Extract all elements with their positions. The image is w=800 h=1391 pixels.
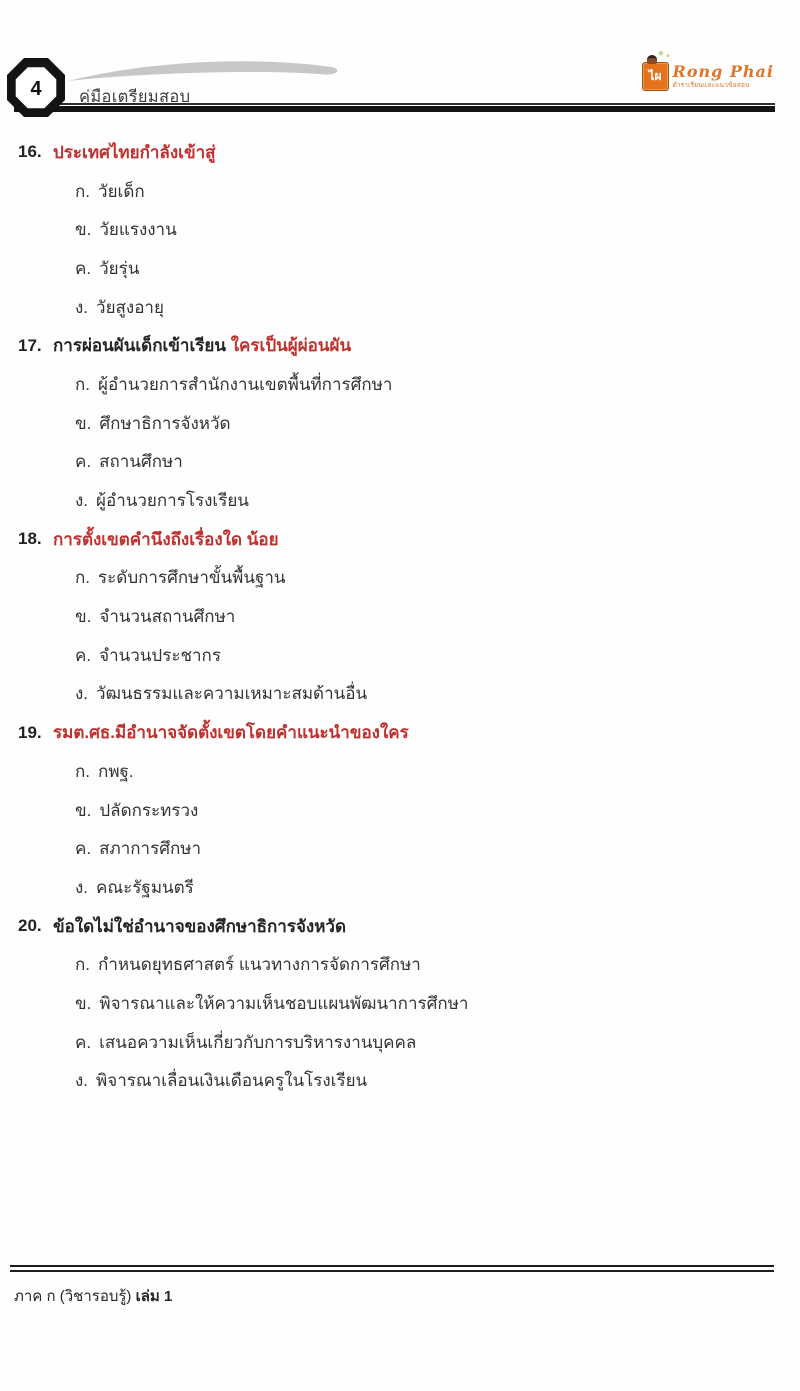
page-footer: ภาค ก (วิชารอบรู้) เล่ม 1	[10, 1265, 774, 1308]
question-17: 17. การผ่อนผันเด็กเข้าเรียน ใครเป็นผู้ผ่…	[18, 326, 790, 519]
answer-option: ง.วัฒนธรรมและความเหมาะสมด้านอื่น	[18, 675, 790, 714]
question-header: 16. ประเทศไทยกำลังเข้าสู่	[18, 133, 790, 172]
mascot-icon: ✳ ✦	[645, 52, 659, 64]
question-number: 16.	[18, 142, 53, 162]
answer-option: ก.ผู้อำนวยการสำนักงานเขตพื้นที่การศึกษา	[18, 365, 790, 404]
question-16: 16. ประเทศไทยกำลังเข้าสู่ ก.วัยเด็ก ข.วั…	[18, 133, 790, 326]
octagon-icon: 4	[6, 57, 66, 119]
question-18: 18. การตั้งเขตคำนึงถึงเรื่องใด น้อย ก.ระ…	[18, 520, 790, 713]
question-header: 17. การผ่อนผันเด็กเข้าเรียน ใครเป็นผู้ผ่…	[18, 326, 790, 365]
page-number-badge: 4	[6, 57, 66, 119]
header-rule	[14, 103, 775, 112]
answer-option: ก.ระดับการศึกษาขั้นพื้นฐาน	[18, 559, 790, 598]
question-number: 19.	[18, 723, 53, 743]
footer-volume: เล่ม 1	[136, 1288, 173, 1305]
brand-name: Rong Phai	[673, 64, 774, 79]
footer-rule	[10, 1265, 774, 1272]
brand-tagline: ตำราเรียนและแนวข้อสอบ	[673, 80, 774, 90]
question-text: การผ่อนผันเด็กเข้าเรียน ใครเป็นผู้ผ่อนผั…	[53, 332, 351, 359]
logo-icon-text: ไผ	[648, 67, 661, 86]
answer-option: ก.กำหนดยุทธศาสตร์ แนวทางการจัดการศึกษา	[18, 945, 790, 984]
question-19: 19. รมต.ศธ.มีอำนาจจัดตั้งเขตโดยคำแนะนำขอ…	[18, 713, 790, 906]
page-number-text: 4	[30, 78, 42, 100]
footer-section: ภาค ก (วิชารอบรู้)	[14, 1288, 131, 1305]
brand-logo: ✳ ✦ ไผ Rong Phai ตำราเรียนและแนวข้อสอบ	[642, 62, 774, 91]
question-number: 17.	[18, 336, 53, 356]
answer-option: ก.วัยเด็ก	[18, 172, 790, 211]
answer-option: ค.สภาการศึกษา	[18, 829, 790, 868]
answer-option: ก.กพฐ.	[18, 752, 790, 791]
question-text: รมต.ศธ.มีอำนาจจัดตั้งเขตโดยคำแนะนำของใคร	[53, 719, 409, 746]
answer-option: ข.จำนวนสถานศึกษา	[18, 597, 790, 636]
answer-option: ข.ปลัดกระทรวง	[18, 791, 790, 830]
answer-option: ง.วัยสูงอายุ	[18, 288, 790, 327]
answer-option: ง.ผู้อำนวยการโรงเรียน	[18, 481, 790, 520]
question-header: 18. การตั้งเขตคำนึงถึงเรื่องใด น้อย	[18, 520, 790, 559]
answer-option: ข.พิจารณาและให้ความเห็นชอบแผนพัฒนาการศึก…	[18, 984, 790, 1023]
answer-option: ค.จำนวนประชากร	[18, 636, 790, 675]
header-swoosh-decoration	[66, 58, 358, 84]
question-list: 16. ประเทศไทยกำลังเข้าสู่ ก.วัยเด็ก ข.วั…	[18, 133, 790, 1100]
answer-option: ข.ศึกษาธิการจังหวัด	[18, 404, 790, 443]
answer-option: ข.วัยแรงงาน	[18, 210, 790, 249]
question-20: 20. ข้อใดไม่ใช่อำนาจของศึกษาธิการจังหวัด…	[18, 907, 790, 1100]
question-number: 18.	[18, 529, 53, 549]
answer-option: ค.เสนอความเห็นเกี่ยวกับการบริหารงานบุคคล	[18, 1023, 790, 1062]
book-page: 4 คู่มือเตรียมสอบ ✳ ✦ ไผ Rong Phai ตำราเ…	[0, 0, 800, 1391]
question-header: 20. ข้อใดไม่ใช่อำนาจของศึกษาธิการจังหวัด	[18, 907, 790, 946]
footer-text: ภาค ก (วิชารอบรู้) เล่ม 1	[14, 1284, 774, 1308]
sparkle-icon: ✳	[658, 49, 665, 58]
question-text: ข้อใดไม่ใช่อำนาจของศึกษาธิการจังหวัด	[53, 913, 346, 940]
question-number: 20.	[18, 916, 53, 936]
answer-option: ง.พิจารณาเลื่อนเงินเดือนครูในโรงเรียน	[18, 1062, 790, 1101]
answer-option: ง.คณะรัฐมนตรี	[18, 868, 790, 907]
question-text: ประเทศไทยกำลังเข้าสู่	[53, 139, 216, 166]
answer-option: ค.วัยรุ่น	[18, 249, 790, 288]
question-text: การตั้งเขตคำนึงถึงเรื่องใด น้อย	[53, 526, 279, 553]
sparkle-icon: ✦	[666, 53, 671, 60]
brand-logo-icon: ✳ ✦ ไผ	[642, 62, 669, 91]
answer-option: ค.สถานศึกษา	[18, 443, 790, 482]
question-header: 19. รมต.ศธ.มีอำนาจจัดตั้งเขตโดยคำแนะนำขอ…	[18, 713, 790, 752]
